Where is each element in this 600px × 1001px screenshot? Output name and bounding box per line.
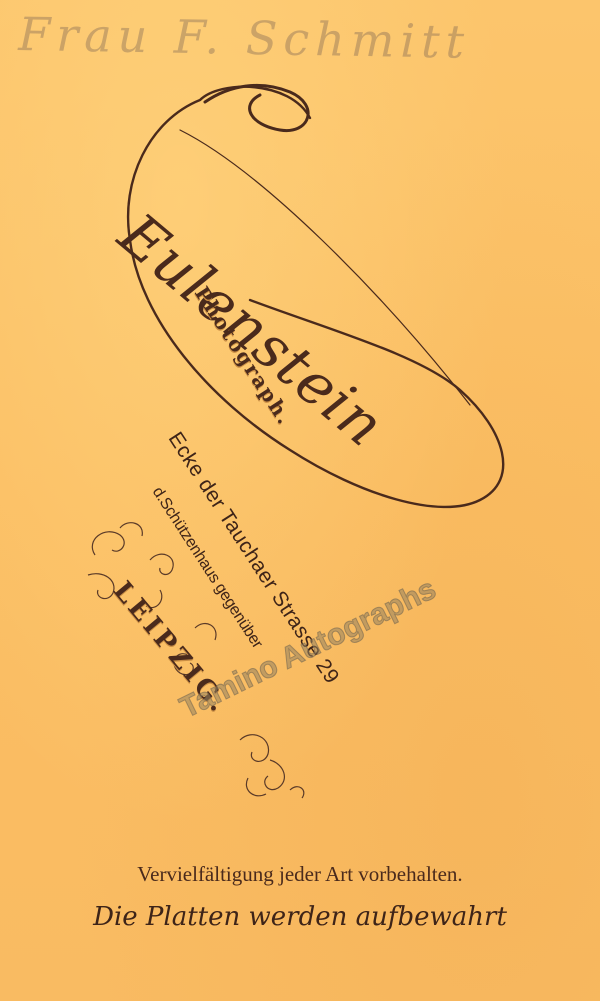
plates-notice: Die Platten werden aufbewahrt	[0, 902, 600, 932]
rights-notice: Vervielfältigung jeder Art vorbehalten.	[0, 862, 600, 887]
pencil-inscription: Frau F. Schmitt	[17, 7, 598, 107]
signature-flourish-oval	[0, 0, 600, 1001]
card-back: Frau F. Schmitt Eulenstein Photograph. E…	[0, 0, 600, 1001]
photographer-signature: Eulenstein	[106, 200, 397, 460]
